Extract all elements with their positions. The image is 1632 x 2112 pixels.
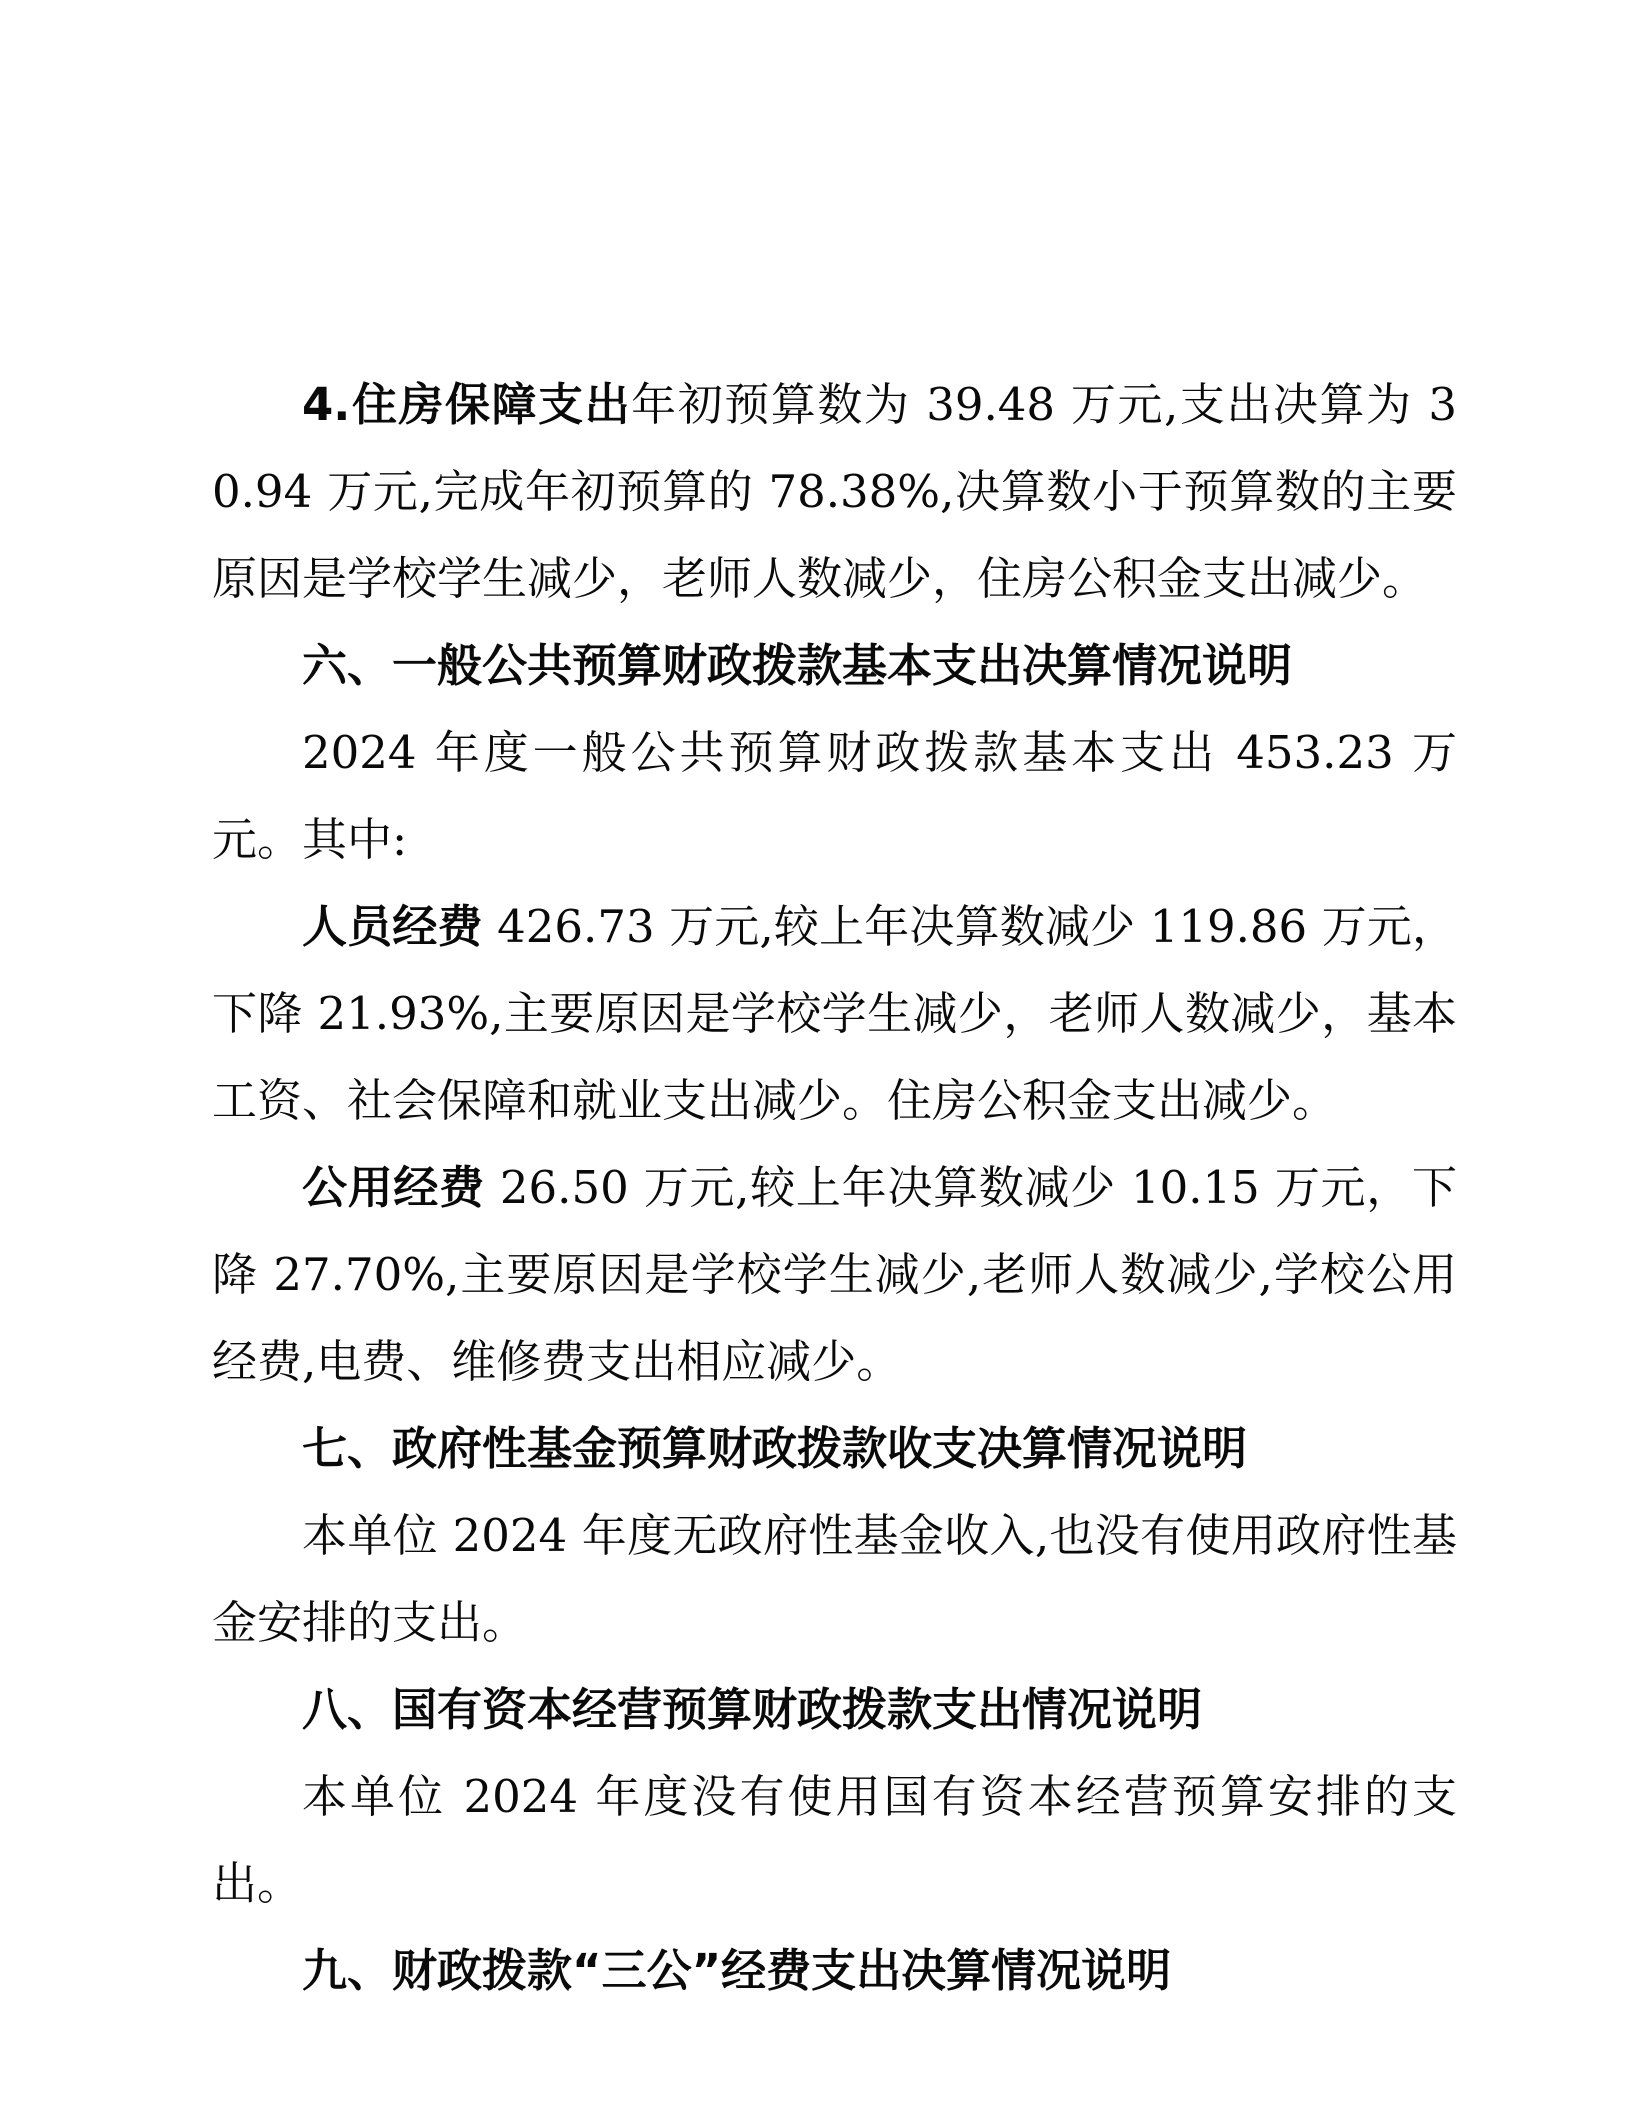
page: 4.住房保障支出年初预算数为 39.48 万元,支出决算为 30.94 万元,完… [0,0,1632,2112]
para-personnel-funds-bold-lead: 人员经费 [302,900,483,953]
heading-section-9-three-public-expenses: 九、财政拨款“三公”经费支出决算情况说明 [212,1927,1457,2014]
para-housing-support-bold-lead: 4.住房保障支出 [302,378,631,431]
para-housing-support-expenditure: 4.住房保障支出年初预算数为 39.48 万元,支出决算为 30.94 万元,完… [212,361,1457,622]
heading-section-7-gov-fund-budget: 七、政府性基金预算财政拨款收支决算情况说明 [212,1405,1457,1492]
heading-section-6-basic-expenditure: 六、一般公共预算财政拨款基本支出决算情况说明 [212,622,1457,709]
heading-section-8-state-capital-budget: 八、国有资本经营预算财政拨款支出情况说明 [212,1666,1457,1753]
para-personnel-funds: 人员经费 426.73 万元,较上年决算数减少 119.86 万元，下降 21.… [212,883,1457,1144]
para-gov-fund-statement: 本单位 2024 年度无政府性基金收入,也没有使用政府性基金安排的支出。 [212,1492,1457,1666]
para-state-capital-statement: 本单位 2024 年度没有使用国有资本经营预算安排的支出。 [212,1753,1457,1927]
para-public-funds: 公用经费 26.50 万元,较上年决算数减少 10.15 万元，下降 27.70… [212,1144,1457,1405]
para-public-funds-bold-lead: 公用经费 [302,1161,485,1214]
para-basic-expenditure-total: 2024 年度一般公共预算财政拨款基本支出 453.23 万元。其中: [212,709,1457,883]
document-content: 4.住房保障支出年初预算数为 39.48 万元,支出决算为 30.94 万元,完… [212,361,1457,2014]
